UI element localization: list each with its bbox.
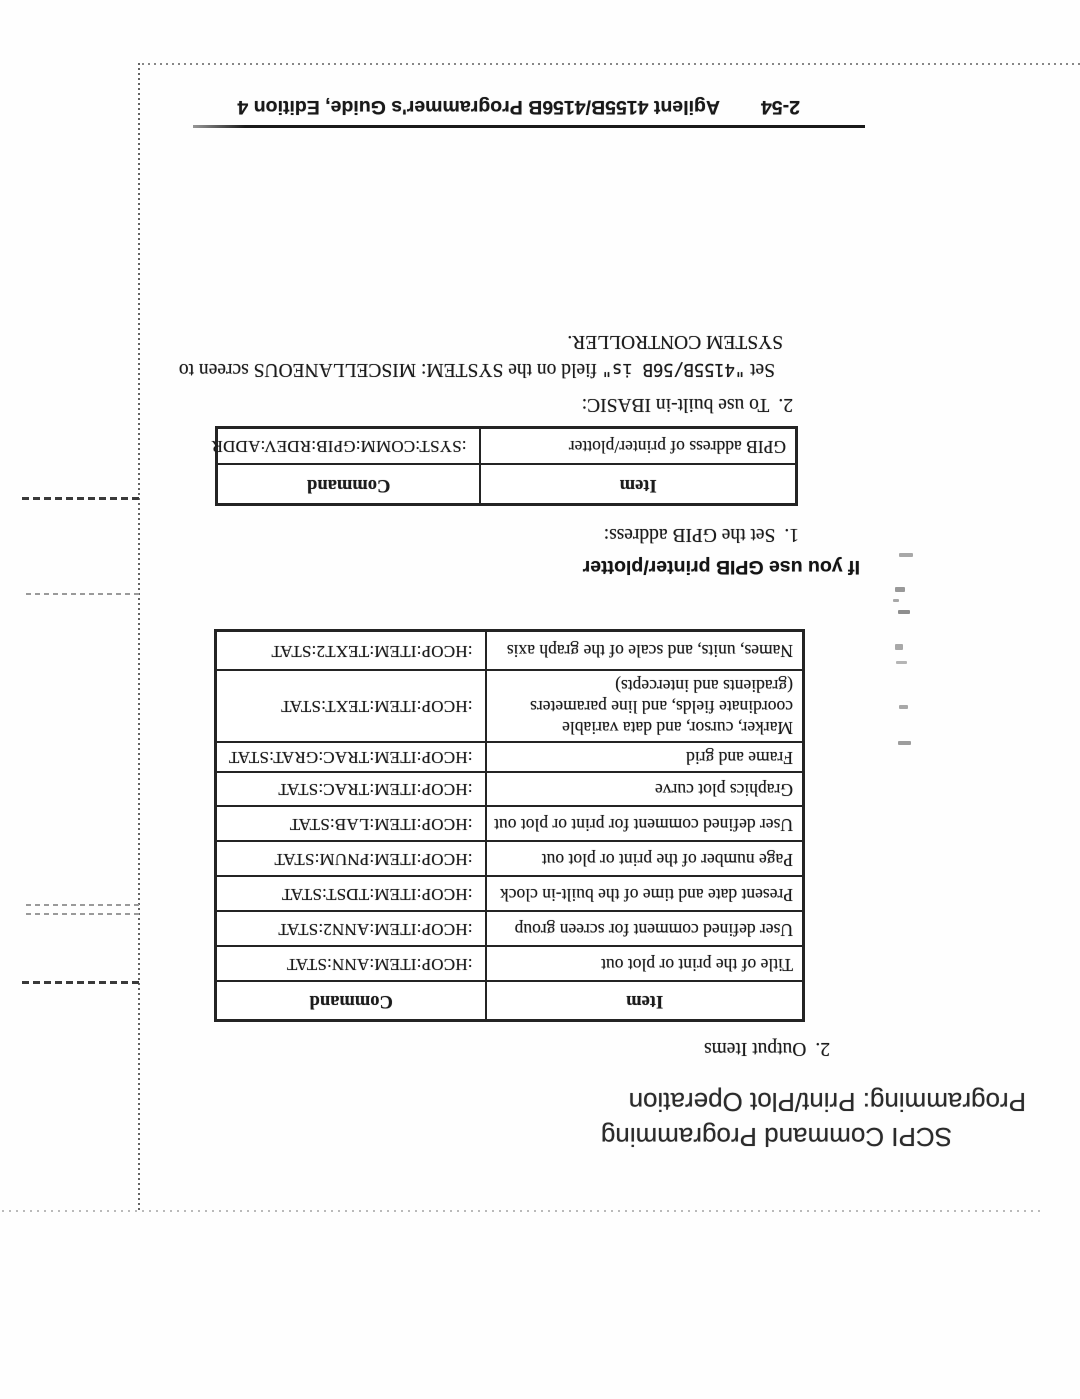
- command-cell: :HCOP:ITEM:LAB:STAT: [216, 807, 487, 842]
- item-cell: Graphics plot curve: [487, 773, 804, 807]
- command-header: Command: [217, 465, 481, 505]
- item-cell: Marker, cursor, and data variable coordi…: [487, 670, 804, 742]
- item-cell: Frame and grid: [487, 743, 804, 773]
- table-row: User defined comment for print or plot o…: [216, 807, 804, 842]
- step-label: To use built-in IBASIC:: [582, 394, 770, 415]
- scan-page-edge-right: [138, 63, 140, 1210]
- step-number: 2.: [815, 1037, 830, 1060]
- scan-speck: [899, 705, 908, 709]
- scan-speck: [895, 644, 903, 650]
- note-text-post: field on the SYSTEM: MISCELLANEOUS scree…: [179, 359, 602, 380]
- step-label: Output Items: [704, 1038, 806, 1059]
- scan-speck: [896, 661, 907, 664]
- ibasic-note-line2: SYSTEM CONTROLLER.: [567, 329, 783, 354]
- table-row: User defined comment for screen group :H…: [216, 912, 804, 947]
- table-row: Present date and time of the built-in cl…: [216, 877, 804, 912]
- step-label: Set the GPIB address:: [604, 524, 776, 545]
- item-cell: Present date and time of the built-in cl…: [487, 877, 804, 912]
- footer-rule: [193, 125, 865, 128]
- command-cell: :HCOP:ITEM:ANN2:STAT: [216, 912, 487, 947]
- step-number: 2.: [778, 393, 793, 416]
- command-cell: :SYST:COMM:GPIB:RDEV:ADDR: [217, 428, 481, 465]
- command-cell: :HCOP:ITEM:TEXT2:STAT: [216, 630, 487, 670]
- note-text-pre: Set: [745, 359, 775, 380]
- item-header: Item: [487, 982, 804, 1021]
- running-header-chapter: SCPI Command Programming: [601, 1124, 952, 1150]
- table-row: Names, units, and scale of the graph axi…: [216, 630, 804, 670]
- command-cell: :HCOP:ITEM:TRAC:STAT: [216, 773, 487, 807]
- command-cell: :HCOP:ITEM:PNUM:STAT: [216, 842, 487, 877]
- scan-speck: [898, 741, 911, 745]
- scan-speck: [899, 553, 913, 557]
- output-items-table: Item Command Title of the print or plot …: [214, 629, 805, 1022]
- table-row: GPIB address of printer/plotter :SYST:CO…: [217, 428, 797, 465]
- item-cell: User defined comment for print or plot o…: [487, 807, 804, 842]
- table-row: Page number of the print or plot out :HC…: [216, 842, 804, 877]
- table-row: Title of the print or plot out :HCOP:ITE…: [216, 947, 804, 982]
- table-row: Graphics plot curve :HCOP:ITEM:TRAC:STAT: [216, 773, 804, 807]
- scan-margin-dash: [22, 904, 139, 906]
- running-header-section: Programming: Print/Plot Operation: [629, 1089, 1026, 1115]
- command-cell: :HCOP:ITEM:TDST:STAT: [216, 877, 487, 912]
- scan-speck: [895, 587, 905, 592]
- step-output-items: 2.Output Items: [704, 1037, 830, 1060]
- section-heading: If you use GPIB printer/plotter: [583, 555, 860, 578]
- scan-speck: [893, 599, 899, 602]
- table-header-row: Item Command: [216, 982, 804, 1021]
- scan-margin-dash: [22, 593, 139, 595]
- scan-speck: [898, 610, 910, 614]
- step-use-ibasic: 2.To use built-in IBASIC:: [582, 393, 793, 416]
- command-cell: :HCOP:ITEM:TEXT:STAT: [216, 670, 487, 742]
- scanned-page: SCPI Command Programming Programming: Pr…: [0, 0, 1080, 1399]
- command-header: Command: [216, 982, 487, 1021]
- gpib-address-table: Item Command GPIB address of printer/plo…: [215, 426, 798, 506]
- scan-page-edge-top: [0, 1210, 1040, 1212]
- step-set-address: 1.Set the GPIB address:: [604, 523, 799, 546]
- footer-title: Agilent 4155B/4156B Programmer's Guide, …: [237, 95, 720, 118]
- item-cell: Title of the print or plot out: [487, 947, 804, 982]
- table-header-row: Item Command: [217, 465, 797, 505]
- scan-page-edge-bottom: [138, 63, 1080, 65]
- item-header: Item: [481, 465, 797, 505]
- item-cell: Page number of the print or plot out: [487, 842, 804, 877]
- table-row: Frame and grid :HCOP:ITEM:TRAC:GRAT:STAT: [216, 743, 804, 773]
- item-cell: User defined comment for screen group: [487, 912, 804, 947]
- command-cell: :HCOP:ITEM:TRAC:GRAT:STAT: [216, 743, 487, 773]
- item-cell: Names, units, and scale of the graph axi…: [487, 630, 804, 670]
- rotated-page-content: SCPI Command Programming Programming: Pr…: [0, 0, 1080, 1399]
- step-number: 1.: [784, 523, 799, 546]
- scan-margin-dash: [22, 497, 139, 500]
- item-cell: GPIB address of printer/plotter: [481, 428, 797, 465]
- footer-page-number: 2-54: [761, 95, 800, 118]
- note-code: "4155B/56B is": [602, 359, 745, 379]
- command-cell: :HCOP:ITEM:ANN:STAT: [216, 947, 487, 982]
- table-row: Marker, cursor, and data variable coordi…: [216, 670, 804, 742]
- ibasic-note-line1: Set "4155B/56B is" field on the SYSTEM: …: [179, 357, 775, 382]
- scan-margin-dash: [22, 913, 139, 915]
- scan-margin-dash: [22, 981, 139, 984]
